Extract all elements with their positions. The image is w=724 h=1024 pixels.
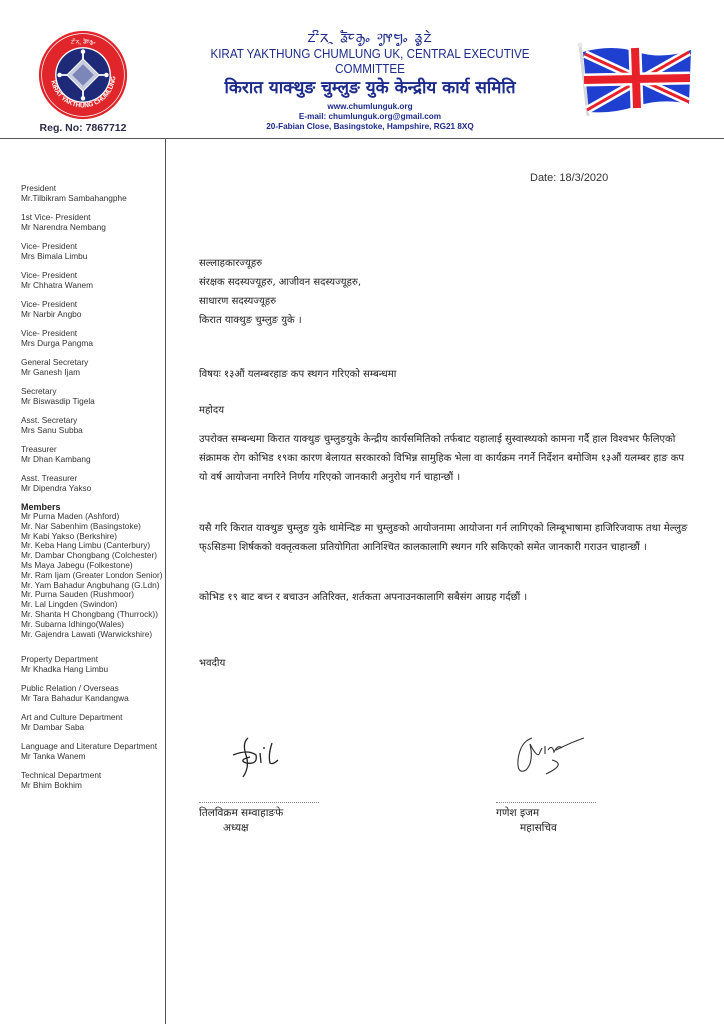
signatory-title: महासचिव	[496, 821, 596, 836]
postal-address: 20-Fabian Close, Basingstoke, Hampshire,…	[170, 122, 570, 132]
recipient-line: संरक्षक सदस्यज्यूहरु, आजीवन सदस्यज्यूहरु…	[199, 273, 361, 292]
limbu-script-title: ᤁᤡᤖᤳ ᤕᤠᤰᤌᤢᤱ ᤆᤢᤶᤗᤢᤱ ᤕᤢᤁᤧ	[170, 27, 570, 47]
president-signature-block: तिलविक्रम सम्वाहाङफे अध्यक्ष	[199, 802, 319, 836]
committee-role-entry: Property DepartmentMr Khadka Hang Limbu	[21, 654, 166, 674]
role-title: Asst. Treasurer	[21, 473, 166, 483]
nepali-title: किरात याक्थुङ चुम्लुङ युके केन्द्रीय कार…	[170, 77, 570, 99]
role-title: Language and Literature Department	[21, 741, 166, 751]
member-entry: Mr. Gajendra Lawati (Warwickshire)	[21, 630, 166, 640]
signature-line	[496, 802, 596, 803]
header-divider	[0, 138, 724, 139]
role-title: Vice- President	[21, 241, 166, 251]
role-title: Property Department	[21, 654, 166, 664]
role-holder-name: Mrs Sanu Subba	[21, 425, 166, 435]
president-signature-icon	[228, 735, 288, 780]
committee-role-entry: SecretaryMr Biswasdip Tigela	[21, 386, 166, 406]
committee-role-entry: Vice- PresidentMrs Durga Pangma	[21, 328, 166, 348]
signatory-title: अध्यक्ष	[199, 821, 319, 836]
role-title: Technical Department	[21, 770, 166, 780]
role-title: General Secretary	[21, 357, 166, 367]
role-holder-name: Mrs Bimala Limbu	[21, 251, 166, 261]
committee-role-entry: General SecretaryMr Ganesh Ijam	[21, 357, 166, 377]
svg-text:ᤁᤡᤖᤳ ᤕᤠᤰᤌᤢᤱ: ᤁᤡᤖᤳ ᤕᤠᤰᤌᤢᤱ	[71, 37, 96, 46]
website-link[interactable]: www.chumlunguk.org	[170, 102, 570, 112]
committee-role-entry: TreasurerMr Dhan Kambang	[21, 444, 166, 464]
departments-list: Property DepartmentMr Khadka Hang LimbuP…	[21, 654, 166, 790]
members-list: Members Mr Purna Maden (Ashford)Mr. Nar …	[21, 502, 166, 639]
letter-closing: भवदीय	[199, 654, 225, 673]
role-holder-name: Mr Tara Bahadur Kandangwa	[21, 693, 166, 703]
role-title: Art and Culture Department	[21, 712, 166, 722]
committee-role-entry: PresidentMr.Tilbikram Sambahangphe	[21, 183, 166, 203]
recipient-line: साधारण सदस्यज्यूहरु	[199, 292, 361, 311]
committee-role-entry: Vice- PresidentMrs Bimala Limbu	[21, 241, 166, 261]
signatory-name: तिलविक्रम सम्वाहाङफे	[199, 806, 319, 821]
role-title: Vice- President	[21, 328, 166, 338]
role-title: President	[21, 183, 166, 193]
committee-role-entry: Vice- PresidentMr Chhatra Wanem	[21, 270, 166, 290]
role-title: Secretary	[21, 386, 166, 396]
role-holder-name: Mr Chhatra Wanem	[21, 280, 166, 290]
letter-paragraph: उपरोक्त सम्बन्धमा किरात याक्थुङ चुम्लुङय…	[199, 430, 689, 487]
role-title: Treasurer	[21, 444, 166, 454]
committee-role-entry: Art and Culture DepartmentMr Dambar Saba	[21, 712, 166, 732]
registration-number: Reg. No: 7867712	[0, 122, 166, 134]
role-title: Asst. Secretary	[21, 415, 166, 425]
role-holder-name: Mr Tanka Wanem	[21, 751, 166, 761]
role-holder-name: Mr Khadka Hang Limbu	[21, 664, 166, 674]
role-title: Vice- President	[21, 270, 166, 280]
letter-paragraph: यसै गरि किरात याक्थुङ चुम्लुङ युके थामेन…	[199, 519, 689, 557]
role-title: Vice- President	[21, 299, 166, 309]
role-holder-name: Mr Narendra Nembang	[21, 222, 166, 232]
committee-role-entry: Vice- PresidentMr Narbir Angbo	[21, 299, 166, 319]
role-holder-name: Mr Dhan Kambang	[21, 454, 166, 464]
secretary-signature-block: गणेश इजम महासचिव	[496, 802, 596, 836]
letter-salutation: महोदय	[199, 401, 224, 420]
role-holder-name: Mr.Tilbikram Sambahangphe	[21, 193, 166, 203]
committee-role-entry: Language and Literature DepartmentMr Tan…	[21, 741, 166, 761]
committee-role-entry: Asst. SecretaryMrs Sanu Subba	[21, 415, 166, 435]
committee-role-entry: Asst. TreasurerMr Dipendra Yakso	[21, 473, 166, 493]
committee-role-entry: Technical DepartmentMr Bhim Bokhim	[21, 770, 166, 790]
english-title: KIRAT YAKTHUNG CHUMLUNG UK, CENTRAL EXEC…	[184, 47, 556, 77]
organization-logo: KIRAT YAKTHUNG CHUMLUNG UK ᤁᤡᤖᤳ ᤕᤠᤰᤌᤢᤱ	[38, 30, 128, 120]
signatory-name: गणेश इजम	[496, 806, 596, 821]
role-title: Public Relation / Overseas	[21, 683, 166, 693]
role-holder-name: Mr Dipendra Yakso	[21, 483, 166, 493]
role-holder-name: Mr Bhim Bokhim	[21, 780, 166, 790]
letterhead-title-block: ᤁᤡᤖᤳ ᤕᤠᤰᤌᤢᤱ ᤆᤢᤶᤗᤢᤱ ᤕᤢᤁᤧ KIRAT YAKTHUNG C…	[170, 27, 570, 132]
recipient-line: सल्लाहकारज्यूहरु	[199, 254, 361, 273]
role-holder-name: Mr Narbir Angbo	[21, 309, 166, 319]
letter-date: Date: 18/3/2020	[530, 172, 608, 184]
recipients-block: सल्लाहकारज्यूहरु संरक्षक सदस्यज्यूहरु, आ…	[199, 254, 361, 330]
role-holder-name: Mrs Durga Pangma	[21, 338, 166, 348]
committee-sidebar: PresidentMr.Tilbikram Sambahangphe1st Vi…	[21, 183, 166, 799]
role-holder-name: Mr Dambar Saba	[21, 722, 166, 732]
union-jack-flag-icon	[576, 42, 698, 118]
signature-line	[199, 802, 319, 803]
role-title: 1st Vice- President	[21, 212, 166, 222]
recipient-line: किरात याक्थुङ चुम्लुङ युके ।	[199, 311, 361, 330]
committee-role-entry: Public Relation / OverseasMr Tara Bahadu…	[21, 683, 166, 703]
letter-paragraph: कोभिड १९ बाट बच्न र बचाउन अतिरिक्त, शर्त…	[199, 588, 689, 607]
officers-list: PresidentMr.Tilbikram Sambahangphe1st Vi…	[21, 183, 166, 493]
secretary-signature-icon	[512, 730, 592, 785]
committee-role-entry: 1st Vice- PresidentMr Narendra Nembang	[21, 212, 166, 232]
email-link[interactable]: E-mail: chumlunguk.org@gmail.com	[170, 112, 570, 122]
letter-subject: विषयः १३औं यलम्बरहाङ कप स्थगन गरिएको सम्…	[199, 365, 396, 384]
role-holder-name: Mr Biswasdip Tigela	[21, 396, 166, 406]
role-holder-name: Mr Ganesh Ijam	[21, 367, 166, 377]
